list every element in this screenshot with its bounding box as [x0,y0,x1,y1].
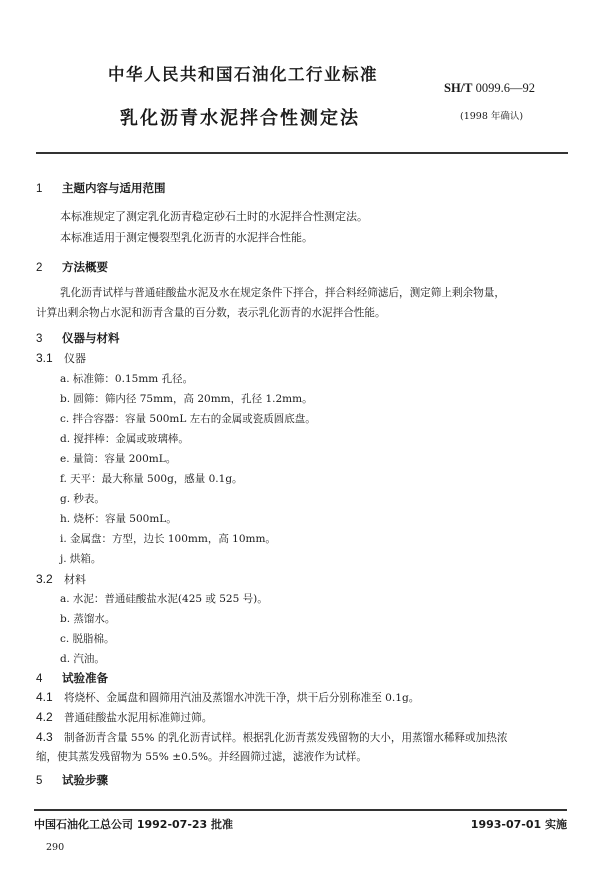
section-2-para-1: 乳化沥青试样与普通硅酸盐水泥及水在规定条件下拌合，拌合料经筛滤后，测定筛上剩余物… [60,285,505,300]
apparatus-item-c: c. 拌合容器：容量 500mL 左右的金属或瓷质圆底盘。 [60,411,316,426]
page-number: 290 [46,842,64,853]
apparatus-item-e: e. 量筒：容量 200mL。 [60,451,176,466]
section-1-para-2: 本标准适用于测定慢裂型乳化沥青的水泥拌合性能。 [60,229,313,245]
subsection-3-2-heading: 3.2材料 [36,571,86,587]
section-3-heading: 3仪器与材料 [36,330,120,346]
apparatus-item-b: b. 圆筛：筛内径 75mm，高 20mm，孔径 1.2mm。 [60,391,313,406]
document-title: 乳化沥青水泥拌合性测定法 [120,104,360,130]
confirmation-note: (1998 年确认) [460,108,523,122]
step-4-3: 4.3制备沥青含量 55% 的乳化沥青试样。根据乳化沥青蒸发残留物的大小，用蒸馏… [36,730,507,745]
approval-line: 中国石油化工总公司 1992-07-23 批准 [34,816,233,832]
material-item-c: c. 脱脂棉。 [60,631,115,646]
header-divider [36,152,568,154]
section-1-para-1: 本标准规定了测定乳化沥青稳定砂石土时的水泥拌合性测定法。 [60,208,368,224]
section-5-heading: 5试验步骤 [36,772,108,788]
standard-organization: 中华人民共和国石油化工行业标准 [108,61,378,85]
section-4-heading: 4试验准备 [36,670,108,686]
apparatus-item-j: j. 烘箱。 [60,551,101,566]
standard-code: SH/T 0099.6—92 [444,81,535,96]
code-number: 0099.6—92 [476,81,535,95]
step-4-3-continued: 缩，使其蒸发残留物为 55% ±0.5%。并经圆筛过滤，滤液作为试样。 [36,749,367,764]
subsection-3-1-heading: 3.1仪器 [36,350,86,366]
apparatus-item-i: i. 金属盘：方型，边长 100mm，高 10mm。 [60,531,276,546]
code-prefix: SH/T [444,81,473,95]
apparatus-item-g: g. 秒表。 [60,491,105,506]
section-1-heading: 1主题内容与适用范围 [36,180,166,196]
material-item-b: b. 蒸馏水。 [60,611,115,626]
apparatus-item-h: h. 烧杯：容量 500mL。 [60,511,177,526]
section-2-para-2: 计算出剩余物占水泥和沥青含量的百分数，表示乳化沥青的水泥拌合性能。 [36,305,386,320]
apparatus-item-f: f. 天平：最大称量 500g，感量 0.1g。 [60,471,243,486]
footer-divider [34,809,567,811]
material-item-d: d. 汽油。 [60,651,105,666]
step-4-2: 4.2普通硅酸盐水泥用标准筛过筛。 [36,710,212,725]
apparatus-item-d: d. 搅拌棒：金属或玻璃棒。 [60,431,189,446]
material-item-a: a. 水泥：普通硅酸盐水泥(425 或 525 号)。 [60,591,268,606]
effective-date: 1993-07-01 实施 [471,816,567,832]
apparatus-item-a: a. 标准筛：0.15mm 孔径。 [60,371,193,386]
step-4-1: 4.1将烧杯、金属盘和圆筛用汽油及蒸馏水冲洗干净，烘干后分别称准至 0.1g。 [36,690,419,705]
section-2-heading: 2方法概要 [36,259,108,275]
